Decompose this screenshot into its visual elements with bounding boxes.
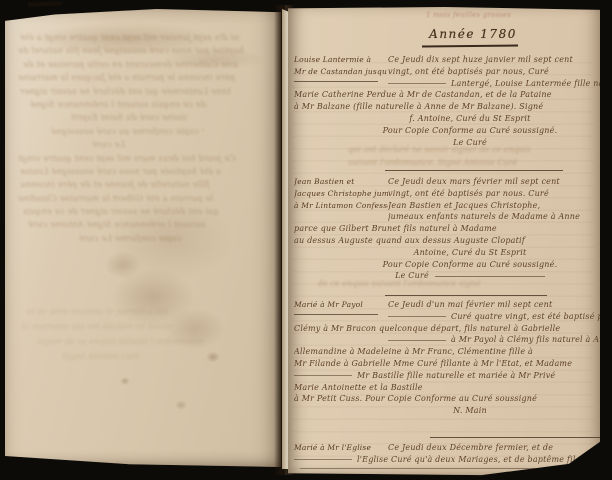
entry-line: Mr Bastille fille naturelle et mariée à …: [294, 371, 600, 383]
entry-line: à Mr Petit Cuss. Pour Copie Conforme au …: [294, 394, 600, 406]
ghost-text: qui ont déclaré ne savoir signer de ce e…: [348, 145, 578, 170]
bleed-line: Antoine curé du Saint Esprit: [71, 113, 186, 126]
ink-rule: [435, 276, 545, 277]
margin-note-line: Mr de Castandan jusqu: [294, 67, 388, 79]
entry-line: jumeaux enfants naturels de Madame à Ann…: [388, 212, 600, 224]
entry-line: Curé quatre vingt, est été baptisé par n…: [388, 312, 600, 324]
margin-note: Marié à Mr l'Eglise: [294, 443, 388, 455]
entry-line: vingt, ont été baptisés par nous. Curé: [388, 189, 600, 201]
register-entry: Marié à Mr Payol Ce Jeudi d'un mai févri…: [288, 300, 600, 418]
bleed-through-text: Ce jourd hui dix sept janvier mil sept c…: [15, 33, 271, 247]
bleed-line: a été baptisée par nous curé soussigné L…: [20, 167, 240, 180]
entry-divider: [385, 170, 563, 171]
entry-line: Ce Jeudi dix sept huze janvier mil sept …: [388, 55, 600, 67]
ink-rule: [294, 375, 352, 376]
ink-rule: [294, 459, 352, 460]
bleed-line: de ce enquis suivant l ordonnance Signé: [30, 100, 209, 113]
entry-line: Pour Copie Conforme au Curé soussigné.: [348, 126, 592, 138]
margin-note: Louise Lantermie à Mr de Castandan jusqu: [294, 55, 388, 82]
entry-line: Ce Jeudi deux Décembre fermier, et de: [388, 443, 600, 455]
entry-line: parce que Gilbert Brunet fils naturel à …: [294, 224, 600, 236]
ink-rule: [300, 468, 596, 469]
bleed-line: Pour copie conforme Le curé: [79, 234, 181, 247]
entry-line: à Mr Balzane (fille naturelle à Anne de …: [294, 102, 600, 114]
ink-rule: [388, 83, 446, 84]
ghost-line: suivant l'ordonnance. Signé Antoine Curé: [348, 158, 578, 171]
margin-note-line: Marié à Mr l'Eglise: [294, 443, 388, 455]
signature-line: N. Main: [348, 406, 592, 418]
ink-rule: [388, 316, 446, 317]
entry-line: f. Antoine, Curé du St Esprit: [348, 114, 592, 126]
bleed-through-faint: et de père inconnu le parrain a été la m…: [17, 307, 267, 367]
entry-line: à Mr Payol à Clémy fils naturel à Anne: [388, 335, 600, 347]
scan-smudge: [28, 1, 62, 6]
entry-line: Lantergé, Louise Lantermée fille naturel…: [388, 79, 600, 91]
bleed-line: qui ont déclaré ne savoir signer de ce e…: [23, 207, 228, 220]
entry-body: Ce Jeudi deux Décembre fermier, et de l'…: [388, 443, 600, 467]
bleed-line: le parrain a été Gilbert la marraine Cla…: [18, 194, 236, 207]
ghost-line: qui ont déclaré ne savoir signer de ce e…: [348, 145, 578, 158]
register-entry: Louise Lantermie à Mr de Castandan jusqu…: [288, 55, 600, 149]
pencil-marginalia: 1 mois feuilles grosses: [426, 11, 566, 19]
bleed-line: Anne Lantermée qui ont déclaré ne savoir…: [20, 87, 230, 100]
ink-rule: [422, 44, 518, 47]
entry-line: Pour Copie Conforme au Curé soussigné.: [348, 260, 592, 272]
margin-note: Marié à Mr Payol: [294, 300, 388, 315]
bleed-line: Ce jourd hui deux mars mil sept cent qua…: [18, 154, 243, 167]
bleed-line: et de père inconnu le parrain a été: [27, 307, 227, 322]
ink-rule: [294, 314, 378, 315]
manuscript-scan: Ce jourd hui dix sept janvier mil sept c…: [0, 0, 612, 480]
entry-line: au dessus Auguste quand aux dessus Augus…: [294, 236, 600, 248]
bleed-line: Signé Antoine curé: [62, 352, 200, 367]
margin-note-line: à Mr Lintamon Confesseur: [294, 201, 388, 213]
entry-line: Allemandine à Madeleine à Mr Franc, Clém…: [294, 347, 600, 359]
register-entry: Jean Bastien et Jacques Christophe jumea…: [288, 177, 600, 283]
entry-body: Ce Jeudi dix sept huze janvier mil sept …: [388, 55, 600, 149]
bleed-line: Pour copie conforme au curé soussigné: [51, 127, 205, 140]
ghost-text: de ce enquis suivant l'ordonnance signé: [318, 279, 578, 292]
margin-note-line: Louise Lantermie à: [294, 55, 388, 67]
bleed-line: signer de ce enquis suivant l ordonnance: [37, 337, 212, 352]
margin-note-line: Jacques Christophe jumeaux: [294, 189, 388, 201]
bleed-line: suivant l ordonnance Signé Antoine curé: [28, 220, 212, 233]
bleed-line: la marraine qui ont déclaré ne savoir: [22, 322, 235, 337]
bleed-line: fille naturelle de Jeanne et de père inc…: [20, 180, 232, 193]
entry-line: Ce Jeudi d'un mai février mil sept cent: [388, 300, 600, 312]
left-page: Ce jourd hui dix sept janvier mil sept c…: [5, 9, 281, 467]
entry-line: Ce Jeudi deux mars février mil sept cent: [388, 177, 600, 189]
entry-line: Mr Filande à Gabrielle Mme Curé fillante…: [294, 359, 600, 371]
bleed-line: Le curé: [92, 140, 169, 153]
entry-body: Ce Jeudi deux mars février mil sept cent…: [388, 177, 600, 283]
entry-divider: [430, 437, 600, 438]
entry-line: Clémy à Mr Bracon quelconque départ, fil…: [294, 324, 600, 336]
page-title: Année 1780: [406, 27, 540, 41]
ghost-line: de ce enquis suivant l'ordonnance signé: [318, 279, 578, 292]
entry-line: Marie Catherine Perdue à Mr de Castandan…: [294, 90, 600, 102]
margin-note: Jean Bastien et Jacques Christophe jumea…: [294, 177, 388, 212]
entry-line: Antoine, Curé du St Esprit: [348, 248, 592, 260]
entry-divider: [385, 295, 547, 296]
bleed-line: père inconnu le parrain a été Jacques la…: [18, 73, 243, 86]
register-entry: Marié à Mr l'Eglise Ce Jeudi deux Décemb…: [288, 443, 600, 467]
entry-line: Marie Antoinette et la Bastille: [294, 383, 600, 395]
entry-body: Ce Jeudi d'un mai février mil sept cent …: [388, 300, 600, 418]
margin-note-line: Jean Bastien et: [294, 177, 388, 189]
right-page: 1 mois feuilles grosses Année 1780 Louis…: [288, 7, 600, 477]
entry-line: vingt, ont été baptisés par nous, Curé: [388, 67, 600, 79]
bleed-line: Ce jourd hui dix sept janvier mil sept c…: [20, 33, 240, 46]
bleed-line: Marie Catherine demeurant en cette paroi…: [23, 60, 238, 73]
ink-rule: [388, 340, 446, 341]
entry-line: l'Eglise Curé qu'à deux Mariages, et de …: [294, 455, 600, 467]
ink-rule: [294, 81, 378, 82]
entry-line: Jean Bastien et Jacques Christophe,: [388, 201, 600, 213]
bleed-line: baptisé par nous curé soussigné Jean fil…: [18, 46, 248, 59]
margin-note-line: Marié à Mr Payol: [294, 300, 388, 312]
